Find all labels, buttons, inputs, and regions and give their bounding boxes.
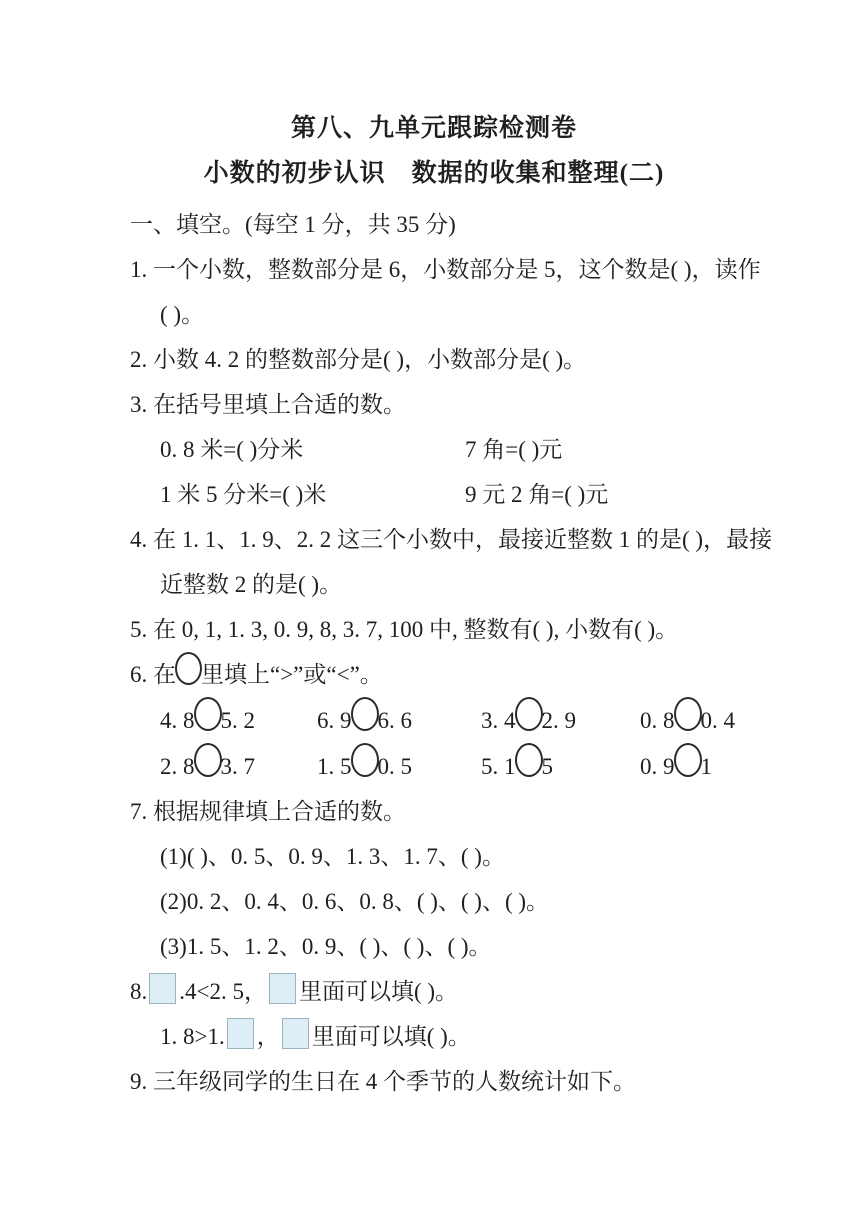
question-3-row-1: 0. 8 米=( )分米 7 角=( )元 [130, 427, 812, 472]
question-6-row-2: 2. 83. 7 1. 50. 5 5. 15 0. 91 [130, 743, 812, 789]
comparison-circle [194, 697, 222, 731]
comparison-pair: 1. 50. 5 [317, 743, 481, 789]
question-4-line-1: 4. 在 1. 1、1. 9、2. 2 这三个小数中，最接近整数 1 的是( )… [130, 517, 812, 562]
fill-box [269, 973, 296, 1004]
comparison-circle [351, 743, 379, 777]
comparison-left-value: 0. 8 [640, 708, 675, 733]
comparison-left-value: 3. 4 [481, 708, 516, 733]
comparison-right-value: 2. 9 [542, 708, 577, 733]
question-8-line-1-mid: .4<2. 5， [179, 979, 267, 1004]
comparison-right-value: 3. 7 [221, 754, 256, 779]
fill-box [149, 973, 176, 1004]
question-3-row-1-right: 7 角=( )元 [465, 427, 812, 472]
question-3-row-2-left: 1 米 5 分米=( )米 [160, 472, 465, 517]
fill-box [227, 1018, 254, 1049]
question-3-heading: 3. 在括号里填上合适的数。 [130, 382, 812, 427]
question-3-row-2-right: 9 元 2 角=( )元 [465, 472, 812, 517]
question-8-line-2-tail: 里面可以填( )。 [312, 1024, 471, 1049]
page-title: 第八、九单元跟踪检测卷 [0, 0, 868, 151]
question-7-sub-1: (1)( )、0. 5、0. 9、1. 3、1. 7、( )。 [130, 834, 812, 879]
question-8-line-2-pre: 1. 8>1. [160, 1024, 225, 1049]
question-7-sub-3: (3)1. 5、1. 2、0. 9、( )、( )、( )。 [130, 924, 812, 969]
comparison-pair: 3. 42. 9 [481, 697, 640, 743]
comparison-left-value: 5. 1 [481, 754, 516, 779]
comparison-pair: 2. 83. 7 [160, 743, 317, 789]
comparison-circle [175, 652, 202, 685]
comparison-circle [674, 743, 702, 777]
comparison-left-value: 1. 5 [317, 754, 352, 779]
question-8-number: 8. [130, 979, 147, 1004]
section-1-heading: 一、填空。(每空 1 分，共 35 分) [130, 202, 812, 247]
question-1-line-2: ( )。 [130, 292, 812, 337]
worksheet-body: 一、填空。(每空 1 分，共 35 分) 1. 一个小数，整数部分是 6，小数部… [0, 196, 868, 1104]
question-6-heading-suffix: 里填上“>”或“<”。 [201, 662, 383, 687]
question-8-line-1-tail: 里面可以填( )。 [299, 979, 458, 1004]
comparison-right-value: 5. 2 [221, 708, 256, 733]
comparison-left-value: 6. 9 [317, 708, 352, 733]
question-1-line-1: 1. 一个小数，整数部分是 6，小数部分是 5，这个数是( )，读作 [130, 247, 812, 292]
question-4-line-2: 近整数 2 的是( )。 [130, 562, 812, 607]
fill-box [282, 1018, 309, 1049]
comparison-circle [515, 697, 543, 731]
question-7-heading: 7. 根据规律填上合适的数。 [130, 789, 812, 834]
comparison-pair: 4. 85. 2 [160, 697, 317, 743]
comparison-circle [515, 743, 543, 777]
question-6-heading: 6. 在里填上“>”或“<”。 [130, 652, 812, 697]
question-9: 9. 三年级同学的生日在 4 个季节的人数统计如下。 [130, 1059, 812, 1104]
question-8-line-2: 1. 8>1.，里面可以填( )。 [130, 1014, 812, 1059]
page-subtitle: 小数的初步认识 数据的收集和整理(二) [0, 151, 868, 196]
question-2: 2. 小数 4. 2 的整数部分是( )，小数部分是( )。 [130, 337, 812, 382]
comparison-circle [351, 697, 379, 731]
comparison-right-value: 0. 4 [701, 708, 736, 733]
question-3-row-2: 1 米 5 分米=( )米 9 元 2 角=( )元 [130, 472, 812, 517]
question-6-heading-prefix: 6. 在 [130, 662, 176, 687]
comparison-circle [674, 697, 702, 731]
comparison-pair: 6. 96. 6 [317, 697, 481, 743]
comparison-right-value: 0. 5 [378, 754, 413, 779]
question-7-sub-2: (2)0. 2、0. 4、0. 6、0. 8、( )、( )、( )。 [130, 879, 812, 924]
worksheet-page: 第八、九单元跟踪检测卷 小数的初步认识 数据的收集和整理(二) 一、填空。(每空… [0, 0, 868, 1227]
question-8-line-2-comma: ， [257, 1024, 280, 1049]
comparison-pair: 0. 80. 4 [640, 697, 735, 743]
comparison-right-value: 6. 6 [378, 708, 413, 733]
question-6-row-1: 4. 85. 2 6. 96. 6 3. 42. 9 0. 80. 4 [130, 697, 812, 743]
comparison-circle [194, 743, 222, 777]
question-3-row-1-left: 0. 8 米=( )分米 [160, 427, 465, 472]
comparison-left-value: 2. 8 [160, 754, 195, 779]
comparison-left-value: 0. 9 [640, 754, 675, 779]
comparison-right-value: 5 [542, 754, 554, 779]
comparison-pair: 0. 91 [640, 743, 712, 789]
question-5: 5. 在 0, 1, 1. 3, 0. 9, 8, 3. 7, 100 中, 整… [130, 607, 812, 652]
comparison-right-value: 1 [701, 754, 713, 779]
comparison-pair: 5. 15 [481, 743, 640, 789]
comparison-left-value: 4. 8 [160, 708, 195, 733]
question-8-line-1: 8..4<2. 5，里面可以填( )。 [130, 969, 812, 1014]
